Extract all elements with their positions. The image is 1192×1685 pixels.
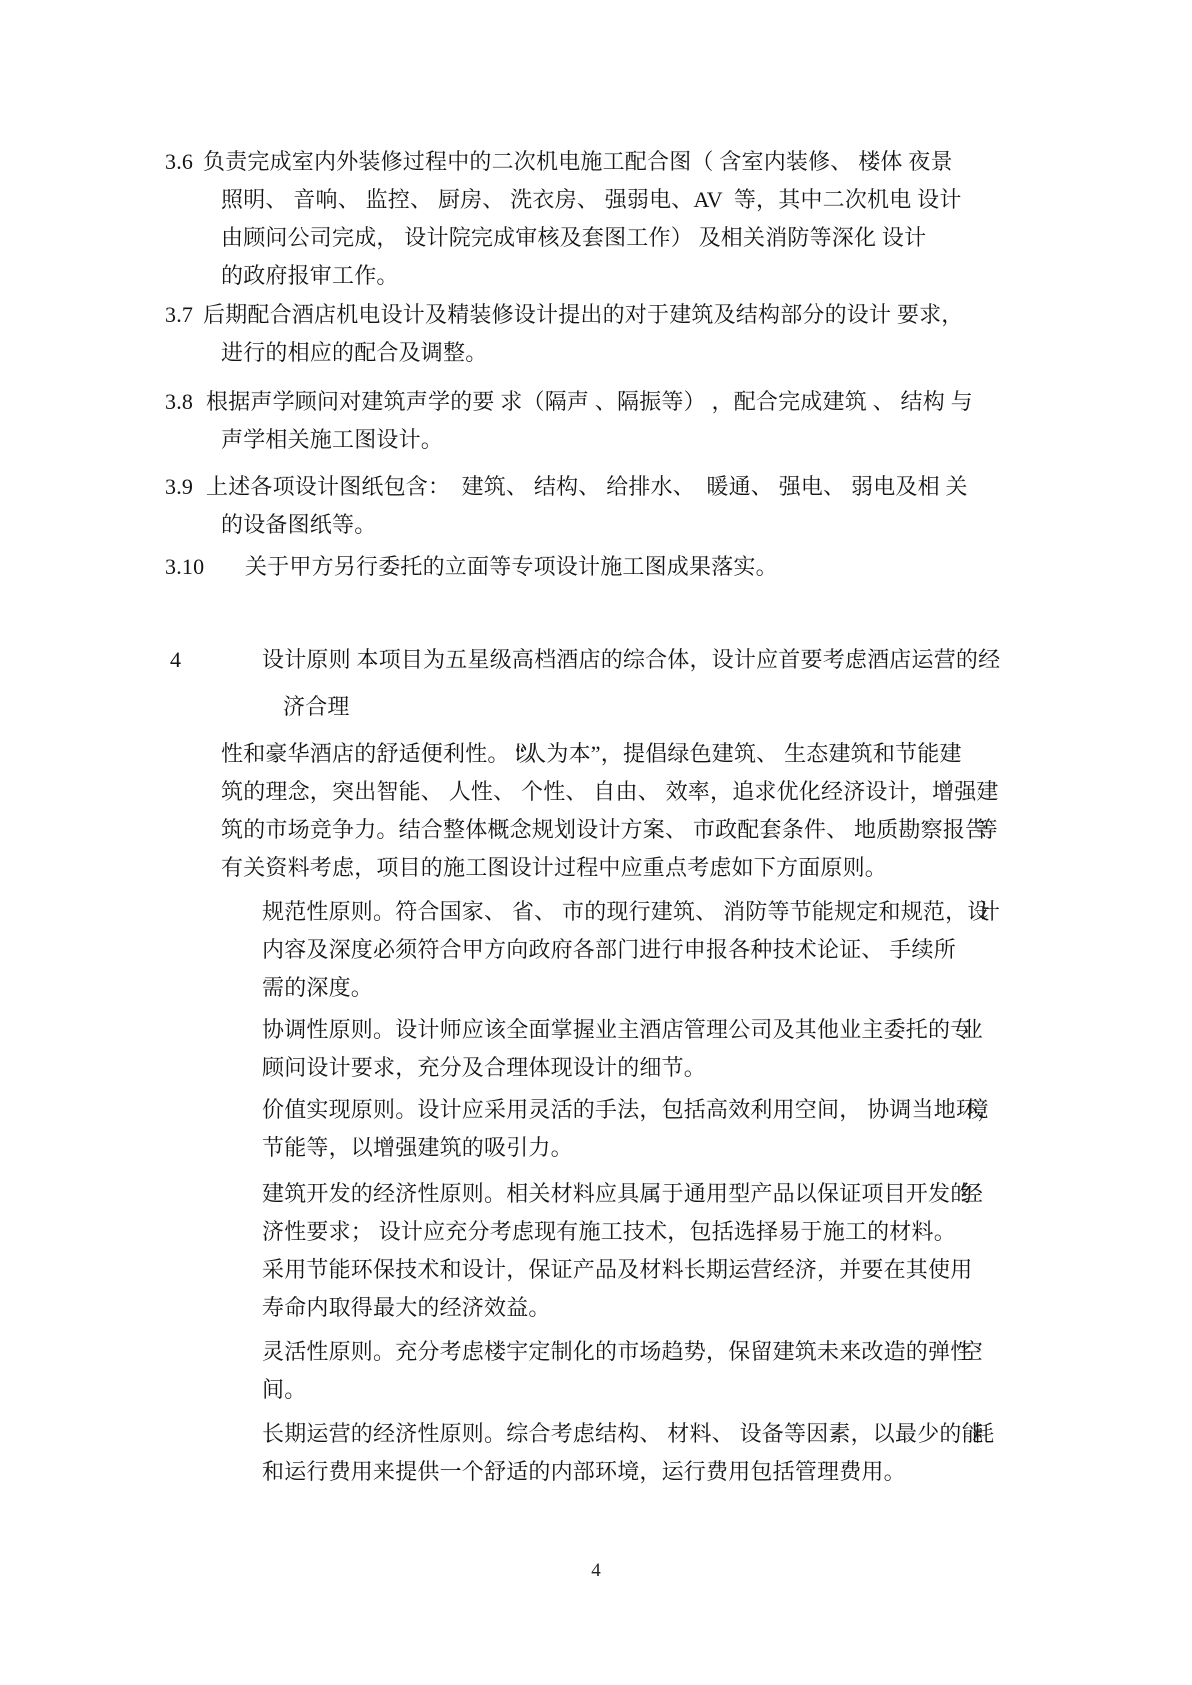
text-run: 需的深度。 <box>262 975 373 1000</box>
text-line: 的政府报审工作。 <box>221 264 399 288</box>
text-run: 上述各项设计图纸包含： 建筑、 结构、 给排水、 暖通、 强电、 弱电及相 关 <box>206 474 968 499</box>
text-run: 进行的相应的配合及调整。 <box>221 340 487 365</box>
text-line: 需的深度。 <box>262 976 373 1000</box>
text-run: 设计原则 本项目为五星级高档酒店的综合体，设计应首要考虑酒店运营的经 <box>262 647 1000 672</box>
text-run: 节能等，以增强建筑的吸引力。 <box>262 1135 573 1160</box>
text-line: 内容及深度必须符合甲方向政府各部门进行申报各种技术论证、 手续所 <box>262 938 956 962</box>
footer-page-number: 4 <box>0 1560 1192 1582</box>
text-line: 寿命内取得最大的经济效益。 <box>262 1296 551 1320</box>
text-run: 寿命内取得最大的经济效益。 <box>262 1295 551 1320</box>
overlapped-glyphs: “以 <box>515 741 524 766</box>
text-run: 建筑开发的经济性原则。相关材料应具属于通用型产品以保证项目开发 <box>262 1181 950 1206</box>
section-number: 3.9 <box>165 475 193 499</box>
text-line: 规范性原则。符合国家、 省、 市的现行建筑、 消防等节能规定和规范，设计 <box>262 900 988 924</box>
text-run: 内容及深度必须符合甲方向政府各部门进行申报各种技术论证、 手续所 <box>262 937 956 962</box>
text-line: 关于甲方另行委托的立面等专项设计施工图成果落实。 <box>245 555 778 579</box>
overlapped-glyphs: 告等 <box>965 817 986 842</box>
text-run: 有关资料考虑，项目的施工图设计过程中应重点考虑如下方面原则。 <box>221 855 887 880</box>
text-line: 灵活性原则。充分考虑楼宇定制化的市场趋势，保留建筑未来改造的弹性空 <box>262 1340 971 1364</box>
text-run: 灵活性原则。充分考虑楼宇定制化的市场趋势，保留建筑未来改造的弹 <box>262 1339 950 1364</box>
text-line: 根据声学顾问对建筑声学的要 求（隔声 、隔振等） ，配合完成建筑 、 结构 与 <box>206 390 973 414</box>
overlapped-glyphs: 的经 <box>950 1181 971 1206</box>
text-line: 性和豪华酒店的舒适便利性。 “以人为本”，提倡绿色建筑、 生态建筑和节能建 <box>221 742 962 766</box>
text-run: 顾问设计要求，充分及合理体现设计的细节。 <box>262 1055 706 1080</box>
text-line: 有关资料考虑，项目的施工图设计过程中应重点考虑如下方面原则。 <box>221 856 887 880</box>
text-run: 价值实现原则。设计应采用灵活的手法，包括高效利用空间， 协调当地 <box>262 1097 956 1122</box>
section-number: 3.6 <box>165 150 193 174</box>
text-line: 由顾问公司完成， 设计院完成审核及套图工作） 及相关消防等深化 设计 <box>221 226 926 250</box>
text-line: 进行的相应的配合及调整。 <box>221 341 487 365</box>
text-run: 的政府报审工作。 <box>221 263 399 288</box>
text-run: 协调性原则。设计师应该全面掌握业主酒店管理公司及其他业主委托的 <box>262 1017 950 1042</box>
text-run: 和运行费用来提供一个舒适的内部环境，运行费用包括管理费用。 <box>262 1459 906 1484</box>
text-run: 照明、 音响、 监控、 厨房、 洗衣房、 强弱电、AV 等，其中二次机电 设计 <box>221 187 962 212</box>
text-run: 长期运营的经济性原则。综合考虑结构、 材料、 设备等因素，以最少的 <box>262 1421 962 1446</box>
text-line: 设计原则 本项目为五星级高档酒店的综合体，设计应首要考虑酒店运营的经 <box>262 648 1000 672</box>
overlapped-glyphs: 环境 <box>956 1097 977 1122</box>
text-run: 的设备图纸等。 <box>221 512 376 537</box>
text-run: 后期配合酒店机电设计及精装修设计提出的对于建筑及结构部分的设计 要求， <box>203 302 964 327</box>
text-line: 采用节能环保技术和设计，保证产品及材料长期运营经济，并要在其使用 <box>262 1258 972 1282</box>
text-line: 协调性原则。设计师应该全面掌握业主酒店管理公司及其他业主委托的专业 <box>262 1018 971 1042</box>
text-run: 采用节能环保技术和设计，保证产品及材料长期运营经济，并要在其使用 <box>262 1257 972 1282</box>
text-line: 长期运营的经济性原则。综合考虑结构、 材料、 设备等因素，以最少的能耗 <box>262 1422 983 1446</box>
overlapped-glyphs: 专业 <box>950 1017 971 1042</box>
text-run: 声学相关施工图设计。 <box>221 427 443 452</box>
text-line: 声学相关施工图设计。 <box>221 428 443 452</box>
text-run: 济合理 <box>283 694 350 719</box>
text-line: 间。 <box>262 1378 306 1402</box>
section-number: 3.7 <box>165 303 193 327</box>
text-run: 根据声学顾问对建筑声学的要 求（隔声 、隔振等） ，配合完成建筑 、 结构 与 <box>206 389 973 414</box>
text-line: 筑的市场竞争力。结合整体概念规划设计方案、 市政配套条件、 地质勘察报告等 <box>221 818 986 842</box>
text-line: 筑的理念，突出智能、 人性、 个性、 自由、 效率，追求优化经济设计，增强建 <box>221 780 999 804</box>
overlapped-glyphs: 设计 <box>967 899 988 924</box>
text-line: 建筑开发的经济性原则。相关材料应具属于通用型产品以保证项目开发的经 <box>262 1182 971 1206</box>
text-line: 上述各项设计图纸包含： 建筑、 结构、 给排水、 暖通、 强电、 弱电及相 关 <box>206 475 968 499</box>
text-run: 负责完成室内外装修过程中的二次机电施工配合图（ 含室内装修、 楼体 夜景 <box>203 149 953 174</box>
text-run: 由顾问公司完成， 设计院完成审核及套图工作） 及相关消防等深化 设计 <box>221 225 926 250</box>
text-run: 筑的理念，突出智能、 人性、 个性、 自由、 效率，追求优化经济设计，增强建 <box>221 779 999 804</box>
document-body: 3.6负责完成室内外装修过程中的二次机电施工配合图（ 含室内装修、 楼体 夜景照… <box>0 0 1192 1685</box>
text-run: 规范性原则。符合国家、 省、 市的现行建筑、 消防等节能规定和规范， <box>262 899 967 924</box>
text-run: 济性要求； 设计应充分考虑现有施工技术，包括选择易于施工的材料。 <box>262 1219 956 1244</box>
text-line: 负责完成室内外装修过程中的二次机电施工配合图（ 含室内装修、 楼体 夜景 <box>203 150 953 174</box>
section-number: 4 <box>170 648 181 672</box>
overlapped-glyphs: 能耗 <box>962 1421 983 1446</box>
text-line: 的设备图纸等。 <box>221 513 376 537</box>
text-run: 性和豪华酒店的舒适便利性。 <box>221 741 515 766</box>
text-line: 顾问设计要求，充分及合理体现设计的细节。 <box>262 1056 706 1080</box>
text-line: 照明、 音响、 监控、 厨房、 洗衣房、 强弱电、AV 等，其中二次机电 设计 <box>221 188 962 212</box>
document-page: { "page": { "background_color": "#ffffff… <box>0 0 1192 1685</box>
text-line: 济合理 <box>283 695 350 719</box>
text-line: 节能等，以增强建筑的吸引力。 <box>262 1136 573 1160</box>
text-line: 价值实现原则。设计应采用灵活的手法，包括高效利用空间， 协调当地环境， <box>262 1098 999 1122</box>
text-run: 间。 <box>262 1377 306 1402</box>
text-line: 和运行费用来提供一个舒适的内部环境，运行费用包括管理费用。 <box>262 1460 906 1484</box>
text-line: 济性要求； 设计应充分考虑现有施工技术，包括选择易于施工的材料。 <box>262 1220 956 1244</box>
section-number: 3.10 <box>165 555 204 579</box>
text-run: ， <box>977 1097 999 1122</box>
text-line: 后期配合酒店机电设计及精装修设计提出的对于建筑及结构部分的设计 要求， <box>203 303 964 327</box>
text-run: 人为本”，提倡绿色建筑、 生态建筑和节能建 <box>524 741 961 766</box>
text-run: 关于甲方另行委托的立面等专项设计施工图成果落实。 <box>245 554 778 579</box>
section-number: 3.8 <box>165 390 193 414</box>
overlapped-glyphs: 性空 <box>950 1339 971 1364</box>
text-run: 筑的市场竞争力。结合整体概念规划设计方案、 市政配套条件、 地质勘察报 <box>221 817 965 842</box>
